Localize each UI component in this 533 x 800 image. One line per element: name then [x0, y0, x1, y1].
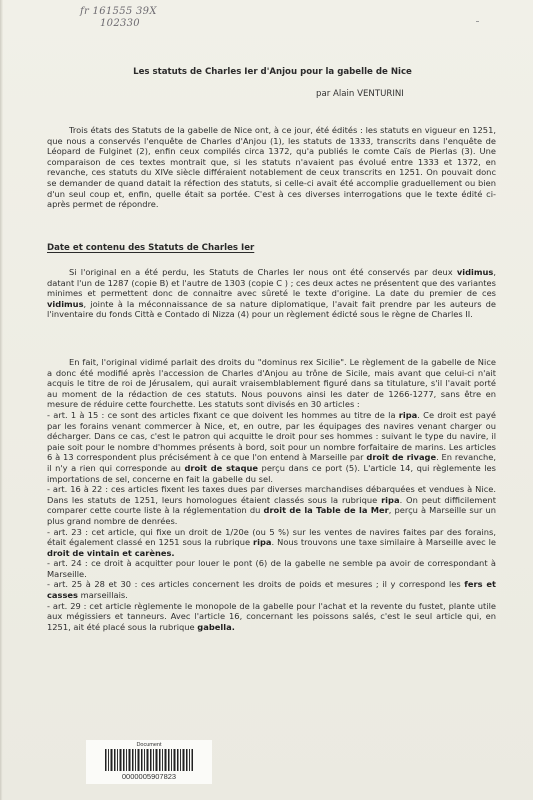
- handwritten-call-number: fr 161555 39X 102330: [80, 6, 157, 30]
- handwritten-line-2: 102330: [80, 18, 157, 30]
- bold-term: droit de vintain et carènes.: [47, 548, 175, 558]
- article-item: - art. 24 : ce droit à acquitter pour lo…: [47, 558, 496, 579]
- barcode-label: Document 0000005907823: [86, 740, 212, 784]
- bold-term: ripa: [381, 495, 399, 505]
- article-item: - art. 1 à 15 : ce sont des articles fix…: [47, 410, 496, 484]
- bold-term: vidimus: [457, 267, 494, 277]
- barcode-icon: [105, 749, 193, 771]
- text-run: - art. 24 : ce droit à acquitter pour lo…: [47, 558, 496, 579]
- bold-term: vidimus: [47, 299, 84, 309]
- article-author: par Alain VENTURINI: [316, 89, 404, 99]
- scanned-page: fr 161555 39X 102330 Les statuts de Char…: [0, 0, 533, 800]
- bold-term: gabella.: [197, 622, 235, 632]
- text-run: - art. 25 à 28 et 30 : ces articles conc…: [47, 579, 464, 589]
- intro-paragraph: Trois états des Statuts de la gabelle de…: [47, 125, 496, 210]
- bold-term: droit de rivage: [366, 452, 436, 462]
- text-run: Si l'original en a été perdu, les Statut…: [69, 267, 457, 277]
- bold-term: ripa: [399, 410, 417, 420]
- text-run: . Nous trouvons une taxe similaire à Mar…: [272, 537, 496, 547]
- paper-speck: [476, 21, 479, 22]
- barcode-number: 0000005907823: [86, 772, 212, 781]
- bold-term: droit de staque: [184, 463, 258, 473]
- text-run: - art. 29 : cet article règlemente le mo…: [47, 601, 496, 632]
- article-title: Les statuts de Charles Ier d'Anjou pour …: [0, 67, 533, 77]
- section-paragraph-1: Si l'original en a été perdu, les Statut…: [47, 267, 496, 320]
- article-item: - art. 16 à 22 : ces articles fixent les…: [47, 484, 496, 526]
- section-paragraph-2: En fait, l'original vidimé parlait des d…: [47, 357, 496, 632]
- article-item: - art. 25 à 28 et 30 : ces articles conc…: [47, 579, 496, 600]
- page-edge-shadow: [0, 0, 3, 800]
- text-run: , jointe à la méconnaissance de sa natur…: [47, 299, 496, 320]
- bold-term: droit de la Table de la Mer: [264, 505, 389, 515]
- article-list: - art. 1 à 15 : ce sont des articles fix…: [47, 410, 496, 632]
- handwritten-line-1: fr 161555 39X: [80, 6, 157, 18]
- article-item: - art. 23 : cet article, qui fixe un dro…: [47, 527, 496, 559]
- article-item: - art. 29 : cet article règlemente le mo…: [47, 601, 496, 633]
- text-run: marseillais.: [78, 590, 128, 600]
- section-heading: Date et contenu des Statuts de Charles I…: [47, 243, 254, 253]
- text-run: - art. 1 à 15 : ce sont des articles fix…: [47, 410, 399, 420]
- barcode-caption: Document: [86, 742, 212, 748]
- paragraph-intro: En fait, l'original vidimé parlait des d…: [47, 357, 496, 410]
- bold-term: ripa: [253, 537, 271, 547]
